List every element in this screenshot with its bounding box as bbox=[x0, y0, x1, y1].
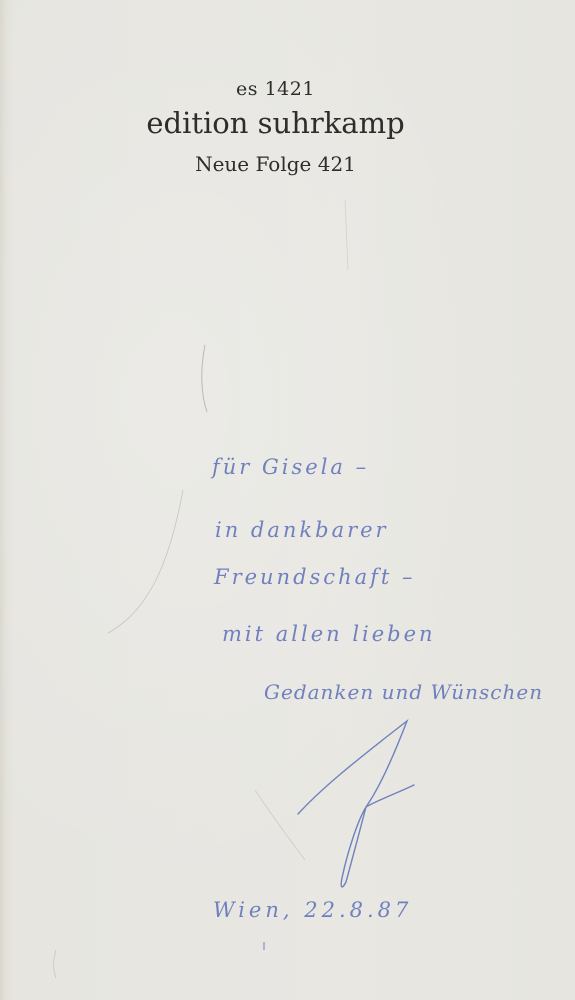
dedication-line: Gedanken und Wünschen bbox=[264, 680, 543, 704]
signature-icon bbox=[298, 721, 414, 887]
pencil-mark bbox=[345, 200, 348, 270]
dedication-line: für Gisela – bbox=[212, 455, 369, 479]
dedication-line: in dankbarer bbox=[215, 518, 389, 542]
dedication-line: mit allen lieben bbox=[222, 622, 436, 646]
pencil-mark bbox=[255, 790, 305, 860]
series-title: edition suhrkamp bbox=[0, 106, 563, 140]
book-page: es 1421 edition suhrkamp Neue Folge 421 … bbox=[0, 0, 575, 1000]
pencil-mark bbox=[202, 345, 207, 412]
place-date: Wien, 22.8.87 bbox=[213, 898, 412, 922]
pen-and-pencil-marks bbox=[0, 0, 575, 1000]
series-number: es 1421 bbox=[0, 78, 563, 100]
dedication-line: Freundschaft – bbox=[214, 565, 416, 589]
pencil-mark bbox=[54, 950, 56, 978]
pencil-mark bbox=[108, 490, 183, 633]
series-subtitle: Neue Folge 421 bbox=[0, 152, 563, 176]
